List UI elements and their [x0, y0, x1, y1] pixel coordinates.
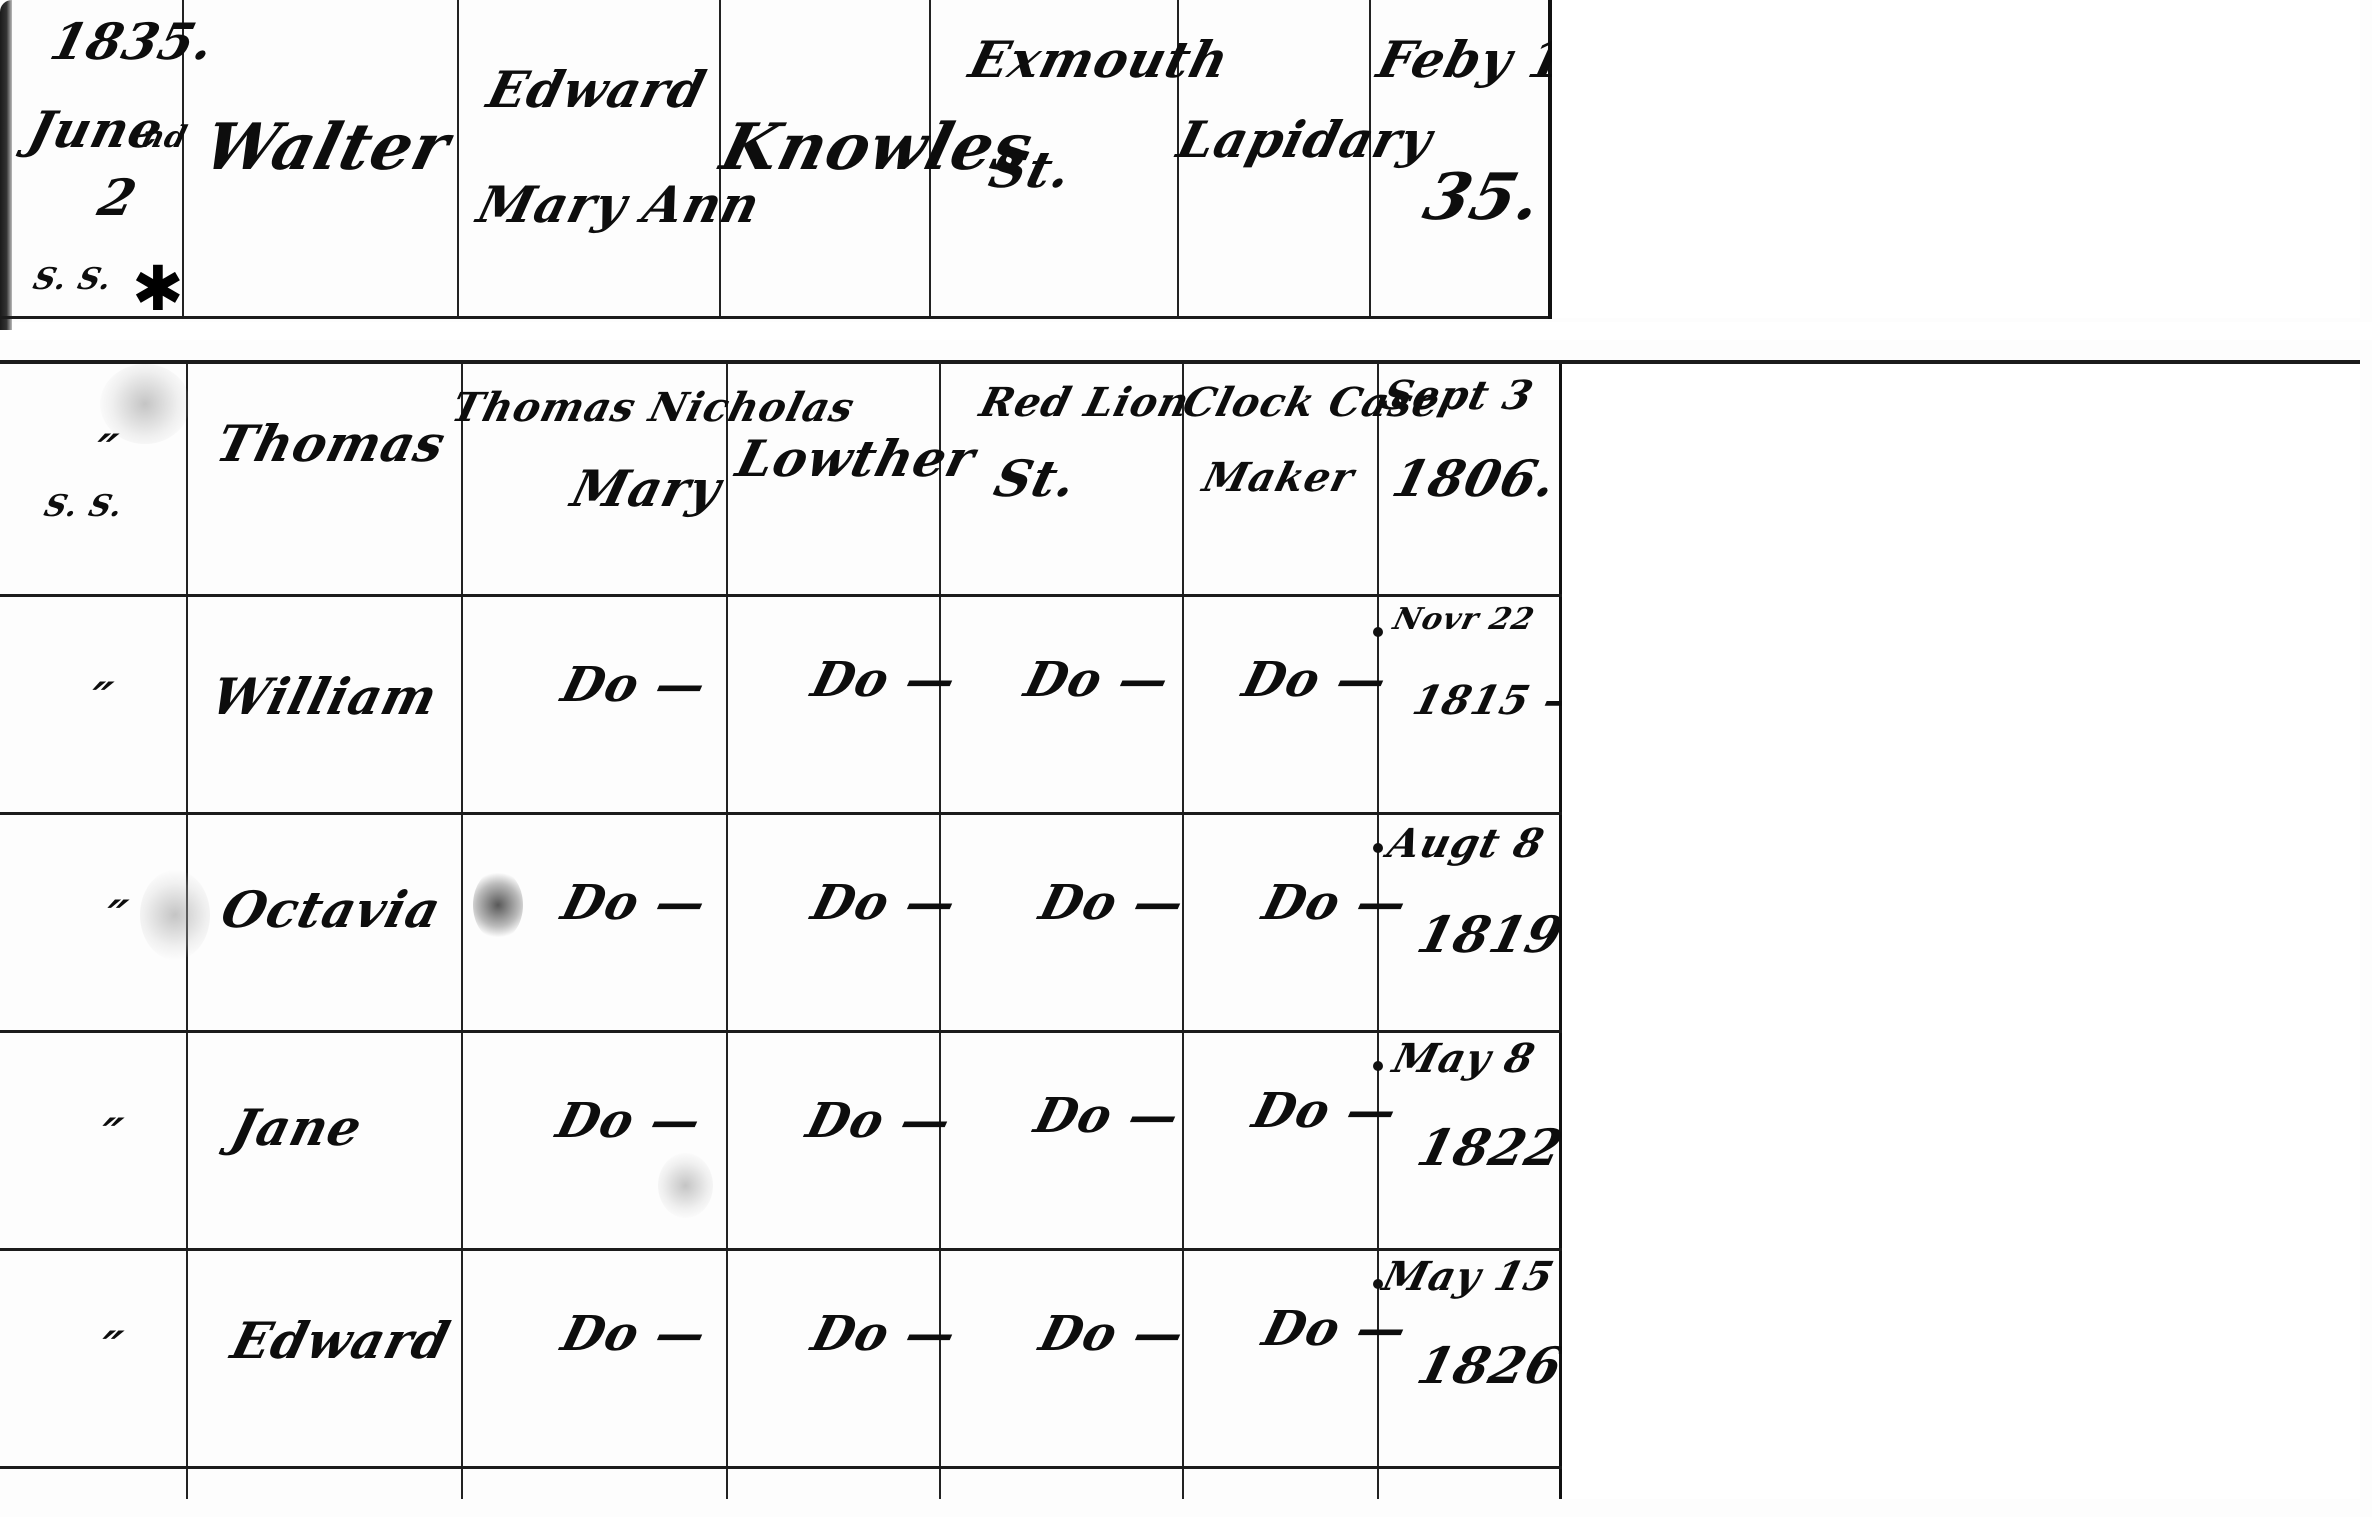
- cell-baptism-date: ″ S. S.: [0, 362, 187, 596]
- table-row: ″ Edward Do — Do — Do — Do — May 15 1826…: [0, 1250, 2360, 1468]
- abode-street: St.: [989, 449, 1083, 508]
- cell-child-name: Edward: [187, 1250, 462, 1468]
- cell-occupation: Lapidary: [1178, 0, 1370, 318]
- ink-dot: [1373, 1061, 1383, 1071]
- cell-empty: [187, 1468, 462, 1500]
- ditto-mark: ″: [88, 424, 123, 478]
- cell-baptism-date: ″: [0, 1032, 187, 1250]
- cell-empty: [940, 1468, 1183, 1500]
- born-year: 35.: [1417, 160, 1550, 235]
- page-margin: [1560, 1468, 2360, 1500]
- cell-parents-names: Do —: [462, 596, 727, 814]
- ditto-do: Do —: [806, 1306, 962, 1362]
- cell-child-name: Jane: [187, 1032, 462, 1250]
- child-name: Thomas: [211, 414, 452, 473]
- table-row-partial: [0, 1468, 2360, 1500]
- cell-child-name: William: [187, 596, 462, 814]
- born-year: 1819: [1412, 905, 1570, 964]
- cell-occupation: Do —: [1183, 1032, 1378, 1250]
- cell-baptism-date: 1835. June nd 2 S. S. ✱: [0, 0, 183, 318]
- table-row: ″ Jane Do — Do — Do — Do — May 8 1822: [0, 1032, 2360, 1250]
- cell-abode: Red Lion St.: [940, 362, 1183, 596]
- ditto-do: Do —: [556, 875, 712, 931]
- page-margin: [1560, 596, 2360, 814]
- ditto-do: Do —: [551, 1093, 707, 1149]
- cell-born: Augt 8 1819: [1378, 814, 1560, 1032]
- officiant-initials: S. S.: [41, 489, 127, 524]
- cell-abode: Do —: [940, 1250, 1183, 1468]
- cell-occupation: Do —: [1183, 1250, 1378, 1468]
- cell-born: May 15 1826.: [1378, 1250, 1560, 1468]
- cell-empty: [1183, 1468, 1378, 1500]
- child-name: William: [206, 667, 444, 726]
- born-date: Sept 3: [1378, 372, 1538, 419]
- ditto-mark: ″: [93, 1321, 128, 1375]
- child-name: Edward: [226, 1311, 457, 1370]
- abode: Red Lion: [975, 379, 1194, 426]
- cell-parents-names: Edward Mary Ann: [458, 0, 720, 318]
- page-margin: [1560, 1250, 2360, 1468]
- cell-empty: [462, 1468, 727, 1500]
- cell-empty: [0, 1468, 187, 1500]
- child-name: Jane: [226, 1098, 369, 1157]
- register-entries: ″ S. S. Thomas Thomas Nicholas Mary Lowt…: [0, 360, 2360, 1499]
- table-row: ″ William Do — Do — Do — Do — Novr 22 18…: [0, 596, 2360, 814]
- mother-name: Mary: [566, 459, 728, 518]
- cell-baptism-date: ″: [0, 596, 187, 814]
- cell-born: Sept 3 1806.: [1378, 362, 1560, 596]
- page-margin: [1560, 1032, 2360, 1250]
- cell-parents-names: Do —: [462, 814, 727, 1032]
- ditto-do: Do —: [1034, 1306, 1190, 1362]
- cell-surname: Knowles: [720, 0, 930, 318]
- ink-dot: [1373, 627, 1383, 637]
- cell-parents-names: Do —: [462, 1250, 727, 1468]
- ditto-do: Do —: [556, 1306, 712, 1362]
- baptism-day: 2: [93, 168, 144, 227]
- cell-child-name: Walter: [183, 0, 458, 318]
- ditto-do: Do —: [806, 875, 962, 931]
- cell-empty: [727, 1468, 940, 1500]
- cell-surname: Do —: [727, 1032, 940, 1250]
- ditto-do: Do —: [556, 657, 712, 713]
- table-row: ″ Octavia Do — Do — Do — Do — Augt 8 181…: [0, 814, 2360, 1032]
- cell-baptism-date: ″: [0, 814, 187, 1032]
- ditto-mark: ″: [93, 1108, 128, 1162]
- child-name: Octavia: [216, 880, 448, 939]
- cell-surname: Do —: [727, 596, 940, 814]
- abode-street: St.: [984, 140, 1078, 199]
- cell-abode: Do —: [940, 1032, 1183, 1250]
- ink-dot: [1373, 843, 1383, 853]
- cell-child-name: Thomas: [187, 362, 462, 596]
- ditto-mark: ″: [83, 672, 118, 726]
- cell-born: Novr 22 1815 —: [1378, 596, 1560, 814]
- cell-surname: Do —: [727, 1250, 940, 1468]
- page-margin: [1560, 362, 2360, 596]
- born-date: Augt 8: [1383, 820, 1549, 867]
- born-year: 1806.: [1387, 449, 1563, 508]
- table-row: 1835. June nd 2 S. S. ✱ Walter Edward Ma…: [0, 0, 2360, 318]
- asterisk-mark-icon: ✱: [132, 252, 184, 325]
- water-stain: [658, 1153, 713, 1218]
- page-margin: [1550, 0, 2360, 318]
- cell-abode: Do —: [940, 814, 1183, 1032]
- page-margin: [1560, 814, 2360, 1032]
- occupation-line2: Maker: [1198, 454, 1359, 501]
- table-row: ″ S. S. Thomas Thomas Nicholas Mary Lowt…: [0, 362, 2360, 596]
- officiant-initials: S. S.: [30, 262, 116, 297]
- cell-abode: Exmouth St.: [930, 0, 1178, 318]
- cell-parents-names: Thomas Nicholas Mary: [462, 362, 727, 596]
- cell-occupation: Clock Case Maker: [1183, 362, 1378, 596]
- cell-occupation: Do —: [1183, 596, 1378, 814]
- ditto-do: Do —: [1034, 875, 1190, 931]
- cell-surname: Do —: [727, 814, 940, 1032]
- born-date: May 15: [1378, 1253, 1559, 1300]
- cell-child-name: Octavia: [187, 814, 462, 1032]
- born-year: 1822: [1412, 1118, 1570, 1177]
- ditto-do: Do —: [1237, 652, 1393, 708]
- cell-parents-names: Do —: [462, 1032, 727, 1250]
- cell-surname: Lowther: [727, 362, 940, 596]
- ink-blot: [473, 870, 523, 940]
- ditto-mark: ″: [98, 890, 133, 944]
- cell-abode: Do —: [940, 596, 1183, 814]
- father-name: Edward: [482, 60, 713, 119]
- cell-empty: [1378, 1468, 1560, 1500]
- cell-occupation: Do —: [1183, 814, 1378, 1032]
- register-entry-top: 1835. June nd 2 S. S. ✱ Walter Edward Ma…: [0, 0, 2360, 319]
- ditto-do: Do —: [1029, 1088, 1185, 1144]
- register-strip-bottom: ″ S. S. Thomas Thomas Nicholas Mary Lowt…: [0, 340, 2372, 1517]
- register-strip-top: 1835. June nd 2 S. S. ✱ Walter Edward Ma…: [0, 0, 2372, 322]
- ditto-do: Do —: [806, 652, 962, 708]
- cell-born: Feby 11 35.: [1370, 0, 1550, 318]
- child-name: Walter: [197, 110, 458, 185]
- ditto-do: Do —: [801, 1093, 957, 1149]
- born-date: Novr 22: [1390, 602, 1539, 637]
- born-date: May 8: [1388, 1035, 1540, 1082]
- cell-born: May 8 1822: [1378, 1032, 1560, 1250]
- cell-baptism-date: ″: [0, 1250, 187, 1468]
- ditto-do: Do —: [1019, 652, 1175, 708]
